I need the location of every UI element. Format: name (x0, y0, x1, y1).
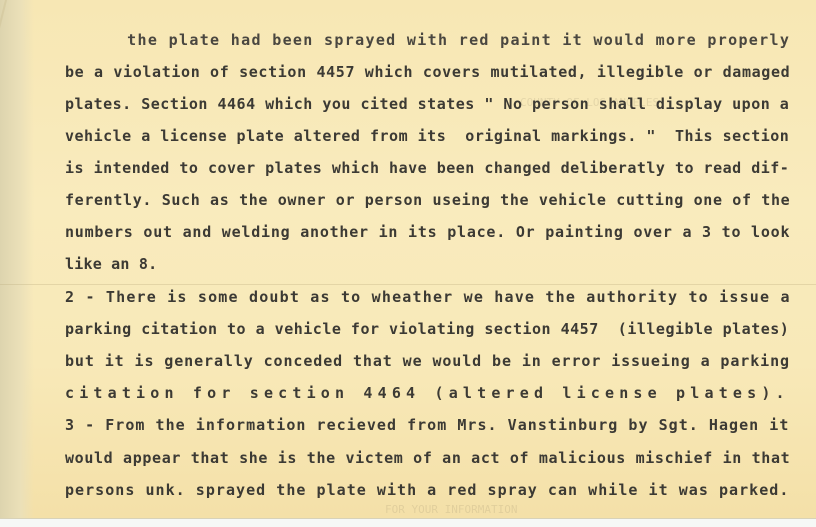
text-line: the plate had been sprayed with red pain… (65, 31, 790, 49)
text-line: be a violation of section 4457 which cov… (65, 63, 790, 81)
text-line: but it is generally conceded that we wou… (65, 352, 790, 370)
text-line: is intended to cover plates which have b… (65, 159, 789, 177)
text-line: citation for section 4464 (altered licen… (65, 384, 790, 402)
text-line: vehicle a license plate altered from its… (65, 127, 789, 145)
text-line: ferently. Such as the owner or person us… (65, 191, 790, 209)
text-line: persons unk. sprayed the plate with a re… (65, 481, 789, 499)
text-line: would appear that she is the victem of a… (65, 449, 790, 467)
text-line: numbers out and welding another in its p… (65, 223, 790, 241)
numbered-paragraph-3: 3 - From the information recieved from M… (65, 416, 789, 434)
paper-fold-line (0, 284, 816, 285)
text-line: parking citation to a vehicle for violat… (65, 320, 789, 338)
text-line: plates. Section 4464 which you cited sta… (65, 95, 789, 113)
document-page: COUNTY OF LOS ANGELES FOR YOUR INFORMATI… (0, 0, 816, 518)
scan-bottom-margin (0, 518, 816, 527)
bleed-through-footer: FOR YOUR INFORMATION (385, 503, 517, 516)
numbered-paragraph-2: 2 - There is some doubt as to wheather w… (65, 288, 791, 306)
text-line: like an 8. (65, 255, 157, 273)
